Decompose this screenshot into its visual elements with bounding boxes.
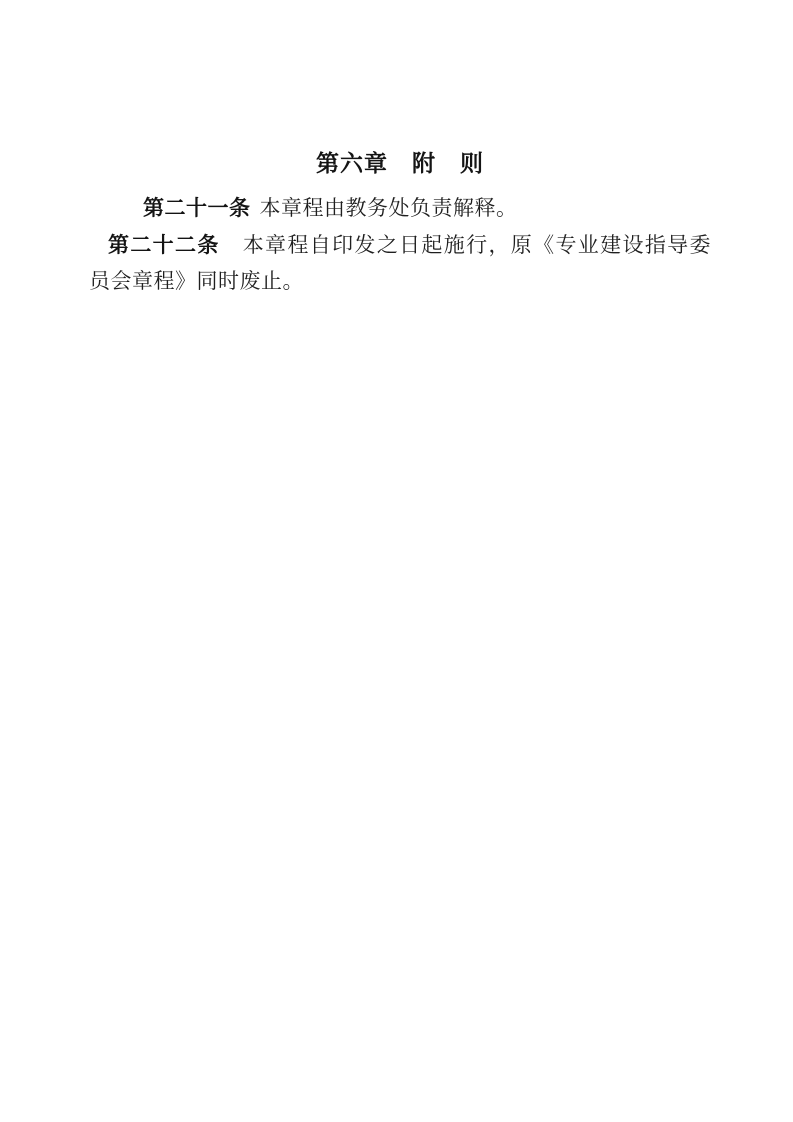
page-content: 第六章 附 则 第二十一条本章程由教务处负责解释。 第二十二条本章程自印发之日起…	[89, 144, 711, 300]
article-21-number: 第二十一条	[143, 196, 251, 220]
article-21-text: 本章程由教务处负责解释。	[260, 196, 518, 220]
article-22-number: 第二十二条	[108, 233, 220, 257]
article-21-paragraph: 第二十一条本章程由教务处负责解释。	[89, 190, 711, 227]
document-page: 第六章 附 则 第二十一条本章程由教务处负责解释。 第二十二条本章程自印发之日起…	[0, 0, 793, 1122]
chapter-heading: 第六章 附 则	[89, 144, 711, 182]
article-22-paragraph: 第二十二条本章程自印发之日起施行，原《专业建设指导委员会章程》同时废止。	[89, 227, 711, 300]
